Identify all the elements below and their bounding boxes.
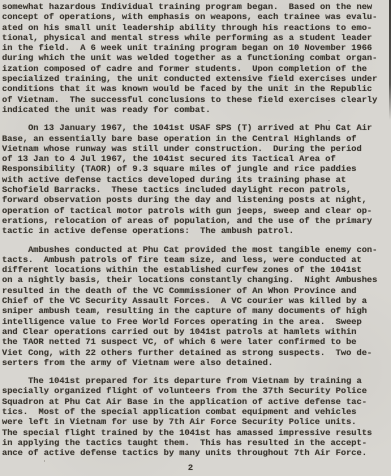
page-number: 2	[0, 463, 381, 473]
text-line: were left in Vietnam for use by 7th Air …	[2, 417, 391, 427]
text-line: on a nightly basis, their locations cons…	[2, 275, 391, 285]
scan-speck	[180, 279, 182, 281]
text-line: specially organized flight of volunteers…	[2, 386, 391, 396]
text-line: ization composed of cadre and former stu…	[2, 64, 391, 74]
text-line: tics. Most of the special application co…	[2, 407, 391, 417]
text-line: tacts. Ambush patrols of fire team size,…	[2, 255, 391, 265]
paragraph: On 13 January 1967, the 1041st USAF SPS …	[2, 123, 391, 236]
text-line: tactic in active defense operations: The…	[2, 226, 391, 236]
scan-speck	[328, 120, 330, 121]
text-line: conditions that it was known would be fa…	[2, 84, 391, 94]
text-line: serters from the army of Vietnam were al…	[2, 358, 391, 368]
text-line: intelligence value to Free World Forces …	[2, 317, 391, 327]
paragraph: Ambushes conducted at Phu Cat provided t…	[2, 245, 391, 369]
text-line: Ambushes conducted at Phu Cat provided t…	[2, 245, 391, 255]
text-line: Base, an essentially bare base operation…	[2, 134, 391, 144]
scan-speck	[44, 460, 45, 462]
text-line: The 1041st prepared for its departure fr…	[2, 376, 391, 386]
text-line: operation of tactical motor patrols with…	[2, 206, 391, 216]
text-line: On 13 January 1967, the 1041st USAF SPS …	[2, 123, 391, 133]
text-line: in the field. A 6 week unit training pro…	[2, 43, 391, 53]
text-line: Vietnam whose runway was still under con…	[2, 144, 391, 154]
text-line: Viet Cong, with 22 others further detain…	[2, 348, 391, 358]
text-line: The special flight trained by the 1041st…	[2, 428, 391, 438]
document-page: somewhat hazardous Individual training p…	[0, 0, 391, 476]
text-line: in applying the tactics taught them. Thi…	[2, 438, 391, 448]
text-line: Squadron at Phu Cat Air Base in the appl…	[2, 397, 391, 407]
text-line: of Vietnam. The successful conclusions t…	[2, 95, 391, 105]
text-line: ance of active defense tactics by many u…	[2, 448, 391, 458]
text-line: forward observation posts during the day…	[2, 195, 391, 205]
text-line: the TAOR netted 71 suspect VC, of which …	[2, 337, 391, 347]
document-body: somewhat hazardous Individual training p…	[2, 2, 391, 458]
text-line: during which the unit was welded togethe…	[2, 53, 391, 63]
text-line: tional, physical and mental stress while…	[2, 33, 391, 43]
text-line: resulted in the death of the VC Commissi…	[2, 286, 391, 296]
paragraph: The 1041st prepared for its departure fr…	[2, 376, 391, 458]
text-line: Chief of the VC Security Assault Forces.…	[2, 296, 391, 306]
text-line: sniper ambush team, resulting in the cap…	[2, 306, 391, 316]
text-line: Schofield Barracks. These tactics includ…	[2, 185, 391, 195]
text-line: with active defense tactics developed du…	[2, 175, 391, 185]
text-line: and Clear operations carried out by 1041…	[2, 327, 391, 337]
text-line: different locations within the establish…	[2, 265, 391, 275]
text-line: Responsibility (TAOR) of 9.3 square mile…	[2, 164, 391, 174]
text-line: indicated the unit was ready for combat.	[2, 105, 391, 115]
text-line: of 13 Jan to 4 Jul 1967, the 1041st secu…	[2, 154, 391, 164]
paragraph: somewhat hazardous Individual training p…	[2, 2, 391, 115]
text-line: erations, relocation of areas of populat…	[2, 216, 391, 226]
text-line: somewhat hazardous Individual training p…	[2, 2, 391, 12]
text-line: specialized training, the unit conducted…	[2, 74, 391, 84]
text-line: concept of operations, with emphasis on …	[2, 12, 391, 22]
text-line: ated on his small unit leadership abilit…	[2, 23, 391, 33]
